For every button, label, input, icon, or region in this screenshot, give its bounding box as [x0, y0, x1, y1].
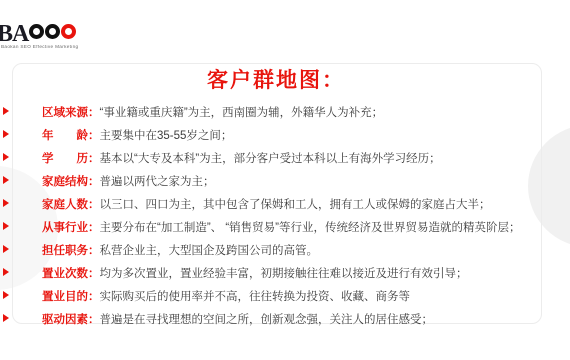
bullet-label: 驱动因素： — [42, 311, 100, 327]
bullet-arrow-icon — [3, 199, 9, 207]
bullet-row: 从事行业： 主要分布在“加工制造”、 “销售贸易”等行业，传统经济及世界贸易造就… — [0, 215, 570, 238]
logo-text: BA — [0, 24, 28, 44]
bullet-row: 置业目的： 实际购买后的使用率并不高，往往转换为投资、收藏、商务等 — [0, 284, 570, 307]
bullet-arrow-icon — [3, 268, 9, 276]
bullet-label: 家庭人数： — [42, 196, 100, 212]
bullet-arrow-icon — [3, 130, 9, 138]
bullet-text: 主要集中在35-55岁之间； — [100, 127, 233, 143]
bullet-text: 主要分布在“加工制造”、 “销售贸易”等行业，传统经济及世界贸易造就的精英阶层； — [100, 219, 521, 235]
bullet-text: 以三口、四口为主，其中包含了保姆和工人，拥有工人或保姆的家庭占大半； — [100, 196, 491, 212]
bullet-row: 驱动因素： 普遍是在寻找理想的空间之所，创新观念强，关注人的居住感受； — [0, 307, 570, 330]
bullet-text: 均为多次置业，置业经验丰富，初期接触往往难以接近及进行有效引导； — [100, 265, 468, 281]
logo-ring-icon — [29, 24, 44, 39]
bullet-arrow-icon — [3, 153, 9, 161]
bullet-row: 区域来源： “事业籍或重庆籍”为主，西南圈为辅，外籍华人为补充； — [0, 100, 570, 123]
bullet-label: 家庭结构： — [42, 173, 100, 189]
bullet-text: 普遍是在寻找理想的空间之所，创新观念强，关注人的居住感受； — [100, 311, 434, 327]
logo-rings — [28, 24, 76, 44]
bullet-row: 担任职务： 私营企业主，大型国企及跨国公司的高管。 — [0, 238, 570, 261]
bullet-text: “事业籍或重庆籍”为主，西南圈为辅，外籍华人为补充； — [100, 104, 384, 120]
logo-ring-icon — [45, 24, 60, 39]
bullet-arrow-icon — [3, 314, 9, 322]
bullet-label: 担任职务： — [42, 242, 100, 258]
logo-row: BA — [0, 24, 100, 44]
bullet-text: 实际购买后的使用率并不高，往往转换为投资、收藏、商务等 — [100, 288, 411, 304]
bullet-label: 从事行业： — [42, 219, 100, 235]
bullet-label: 区域来源： — [42, 104, 100, 120]
bullet-text: 普遍以两代之家为主； — [100, 173, 215, 189]
bullet-row: 学 历： 基本以“大专及本科”为主，部分客户受过本科以上有海外学习经历； — [0, 146, 570, 169]
bullet-row: 家庭结构： 普遍以两代之家为主； — [0, 169, 570, 192]
bullet-row: 置业次数： 均为多次置业，置业经验丰富，初期接触往往难以接近及进行有效引导； — [0, 261, 570, 284]
bullet-list: 区域来源： “事业籍或重庆籍”为主，西南圈为辅，外籍华人为补充； 年 龄： 主要… — [0, 100, 570, 330]
bullet-row: 家庭人数： 以三口、四口为主，其中包含了保姆和工人，拥有工人或保姆的家庭占大半； — [0, 192, 570, 215]
bullet-arrow-icon — [3, 107, 9, 115]
logo: BA Baokan SEO Effective Marketing — [0, 24, 100, 51]
bullet-arrow-icon — [3, 176, 9, 184]
bullet-label: 置业次数： — [42, 265, 100, 281]
bullet-arrow-icon — [3, 291, 9, 299]
bullet-text: 基本以“大专及本科”为主，部分客户受过本科以上有海外学习经历； — [100, 150, 441, 166]
bullet-arrow-icon — [3, 245, 9, 253]
bullet-text: 私营企业主，大型国企及跨国公司的高管。 — [100, 242, 319, 258]
logo-tagline: Baokan SEO Effective Marketing — [1, 45, 78, 50]
bullet-label: 学 历： — [42, 150, 100, 166]
bullet-label: 年 龄： — [42, 127, 100, 143]
bullet-arrow-icon — [3, 222, 9, 230]
bullet-row: 年 龄： 主要集中在35-55岁之间； — [0, 123, 570, 146]
bullet-label: 置业目的： — [42, 288, 100, 304]
logo-ring-icon — [61, 24, 76, 39]
slide: BA Baokan SEO Effective Marketing 客户群地图：… — [0, 0, 570, 360]
page-title: 客户群地图： — [12, 64, 540, 94]
